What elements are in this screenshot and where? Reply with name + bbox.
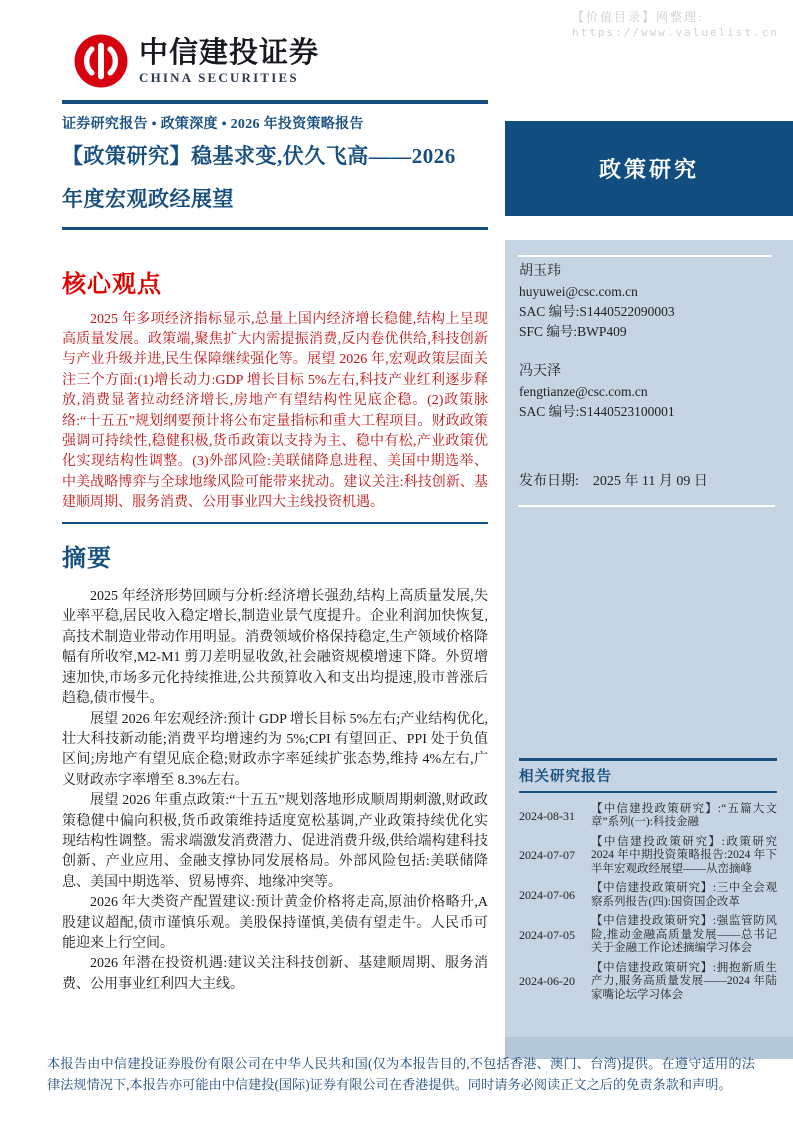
related-report-row[interactable]: 2024-07-06 【中信建投政策研究】:三中全会观察系列报告(四):国资国企…	[519, 882, 777, 909]
related-report-title: 【中信建投政策研究】:三中全会观察系列报告(四):国资国企改革	[591, 882, 777, 909]
related-report-title: 【中信建投政策研究】:拥抱新质生产力,服务高质量发展——2024 年陆家嘴论坛学…	[591, 962, 777, 1003]
related-reports-heading: 相关研究报告	[519, 761, 777, 791]
abstract-paragraph: 展望 2026 年重点政策:“十五五”规划落地形成顺周期刺激,财政政策稳健中偏向…	[62, 791, 488, 893]
report-title-line1: 【政策研究】稳基求变,伏久飞高——2026	[62, 135, 488, 178]
report-category-box: 政策研究	[505, 121, 793, 216]
analyst-entry: 胡玉玮 huyuwei@csc.com.cn SAC 编号:S144052209…	[519, 262, 777, 342]
related-report-row[interactable]: 2024-07-05 【中信建投政策研究】:强监管防风险,推动金融高质量发展——…	[519, 915, 777, 956]
abstract-paragraph: 展望 2026 年宏观经济:预计 GDP 增长目标 5%左右;产业结构优化,壮大…	[62, 710, 488, 792]
publish-date-value: 2025 年 11 月 09 日	[593, 474, 708, 489]
report-title: 【政策研究】稳基求变,伏久飞高——2026 年度宏观政经展望	[62, 135, 488, 221]
sidebar-mid-divider	[518, 505, 775, 507]
abstract-paragraph: 2025 年经济形势回顾与分析:经济增长强劲,结构上高质量发展,失业率平稳,居民…	[62, 587, 488, 709]
analyst-email[interactable]: fengtianze@csc.com.cn	[519, 382, 777, 402]
sidebar-top-divider	[518, 255, 772, 257]
csc-logo-icon	[74, 34, 128, 88]
report-series-line: 证券研究报告 • 政策深度 • 2026 年投资策略报告	[62, 113, 488, 133]
analyst-info-block: 胡玉玮 huyuwei@csc.com.cn SAC 编号:S144052209…	[519, 262, 777, 422]
related-report-date: 2024-07-05	[519, 928, 583, 943]
company-name-en: CHINA SECURITIES	[139, 69, 319, 86]
report-cover-page: { "colors":{ "navy":"#154e7f", "red_head…	[0, 0, 793, 1122]
analyst-name: 胡玉玮	[519, 262, 777, 282]
company-logo: 中信建投证券 CHINA SECURITIES	[74, 34, 319, 88]
watermark: 【价值目录】网整理: https://www.valuelist.cn	[572, 10, 779, 40]
section-divider	[62, 522, 488, 525]
analyst-entry: 冯天泽 fengtianze@csc.com.cn SAC 编号:S144052…	[519, 362, 777, 422]
analyst-sac-number: SAC 编号:S1440523100001	[519, 402, 777, 422]
sidebar-panel: 胡玉玮 huyuwei@csc.com.cn SAC 编号:S144052209…	[505, 240, 793, 1037]
publish-date-label: 发布日期:	[519, 474, 579, 489]
main-column: 证券研究报告 • 政策深度 • 2026 年投资策略报告 【政策研究】稳基求变,…	[62, 100, 488, 995]
related-report-row[interactable]: 2024-08-31 【中信建投政策研究】:“五篇大文章”系列(一):科技金融	[519, 803, 777, 830]
related-report-row[interactable]: 2024-06-20 【中信建投政策研究】:拥抱新质生产力,服务高质量发展——2…	[519, 962, 777, 1003]
analyst-sfc-number: SFC 编号:BWP409	[519, 322, 777, 342]
abstract-paragraph: 2026 年大类资产配置建议:预计黄金价格将走高,原油价格略升,A 股建议超配,…	[62, 893, 488, 954]
analyst-name: 冯天泽	[519, 362, 777, 382]
related-report-title: 【中信建投政策研究】:政策研究 2024 年中期投资策略报告:2024 年下半年…	[591, 836, 777, 877]
related-report-row[interactable]: 2024-07-07 【中信建投政策研究】:政策研究 2024 年中期投资策略报…	[519, 836, 777, 877]
abstract-heading: 摘要	[62, 538, 488, 573]
report-category-label: 政策研究	[599, 153, 699, 184]
company-name-cn: 中信建投证券	[139, 37, 319, 69]
abstract-paragraph: 2026 年潜在投资机遇:建议关注科技创新、基建顺周期、服务消费、公用事业红利四…	[62, 954, 488, 995]
disclaimer-text: 本报告由中信建投证券股份有限公司在中华人民共和国(仅为本报告目的,不包括香港、澳…	[47, 1053, 755, 1095]
related-reports-section: 相关研究报告 2024-08-31 【中信建投政策研究】:“五篇大文章”系列(一…	[519, 758, 777, 1008]
company-logo-text: 中信建投证券 CHINA SECURITIES	[139, 37, 319, 86]
analyst-sac-number: SAC 编号:S1440522090003	[519, 302, 777, 322]
related-report-title: 【中信建投政策研究】:强监管防风险,推动金融高质量发展——总书记关于金融工作论述…	[591, 915, 777, 956]
title-divider	[62, 227, 488, 230]
report-title-line2: 年度宏观政经展望	[62, 178, 488, 221]
related-report-date: 2024-07-06	[519, 888, 583, 903]
core-view-text: 2025 年多项经济指标显示,总量上国内经济增长稳健,结构上呈现高质量发展。政策…	[62, 310, 488, 514]
analyst-email[interactable]: huyuwei@csc.com.cn	[519, 282, 777, 302]
related-sub-divider	[519, 791, 777, 793]
publish-date-row: 发布日期:2025 年 11 月 09 日	[519, 470, 777, 490]
related-report-date: 2024-07-07	[519, 848, 583, 863]
watermark-source-text: 【价值目录】网整理:	[572, 10, 779, 25]
related-report-date: 2024-06-20	[519, 974, 583, 989]
header-divider	[62, 100, 488, 104]
related-report-title: 【中信建投政策研究】:“五篇大文章”系列(一):科技金融	[591, 803, 777, 830]
related-report-date: 2024-08-31	[519, 809, 583, 824]
core-view-heading: 核心观点	[62, 264, 488, 299]
watermark-url[interactable]: https://www.valuelist.cn	[572, 25, 779, 40]
